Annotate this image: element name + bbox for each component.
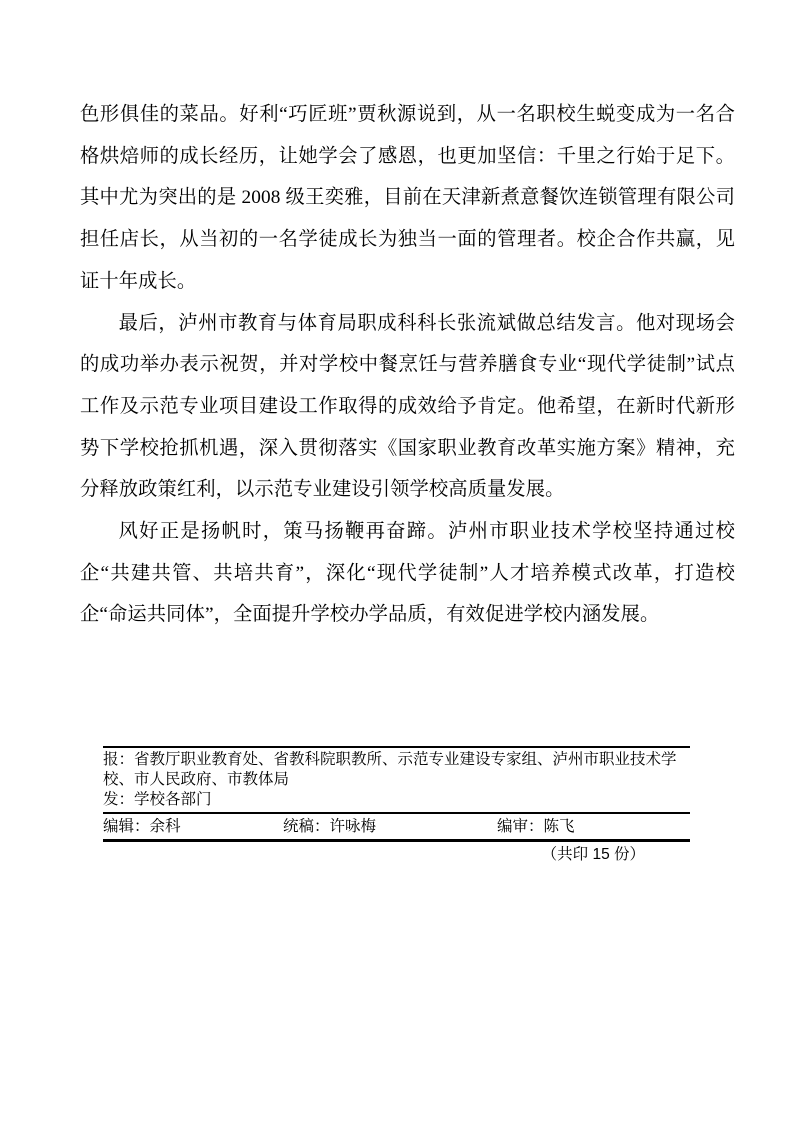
body-paragraph: 风好正是扬帆时，策马扬鞭再奋蹄。泸州市职业技术学校坚持通过校企“共建共管、共培共… [80, 511, 735, 636]
document-body: 色形俱佳的菜品。好利“巧匠班”贾秋源说到，从一名职校生蜕变成为一名合格烘焙师的成… [80, 94, 735, 636]
report-to-line: 报：省教厅职业教育处、省教科院职教所、示范专业建设专家组、泸州市职业技术学校、市… [103, 750, 690, 790]
body-paragraph: 最后，泸州市教育与体育局职成科科长张流斌做总结发言。他对现场会的成功举办表示祝贺… [80, 303, 735, 512]
distribution-list: 报：省教厅职业教育处、省教科院职教所、示范专业建设专家组、泸州市职业技术学校、市… [103, 746, 690, 814]
editor-label: 编辑：余科 [103, 817, 283, 837]
distribute-to-line: 发：学校各部门 [103, 790, 690, 810]
reviewer-label: 编审：陈飞 [497, 817, 690, 837]
print-count: （共印 15 份） [103, 842, 690, 865]
distribution-footer: 报：省教厅职业教育处、省教科院职教所、示范专业建设专家组、泸州市职业技术学校、市… [103, 746, 690, 865]
compiler-label: 统稿：许咏梅 [283, 817, 497, 837]
document-page: 色形俱佳的菜品。好利“巧匠班”贾秋源说到，从一名职校生蜕变成为一名合格烘焙师的成… [0, 0, 793, 1122]
body-paragraph: 色形俱佳的菜品。好利“巧匠班”贾秋源说到，从一名职校生蜕变成为一名合格烘焙师的成… [80, 94, 735, 303]
editors-row: 编辑：余科 统稿：许咏梅 编审：陈飞 [103, 814, 690, 842]
